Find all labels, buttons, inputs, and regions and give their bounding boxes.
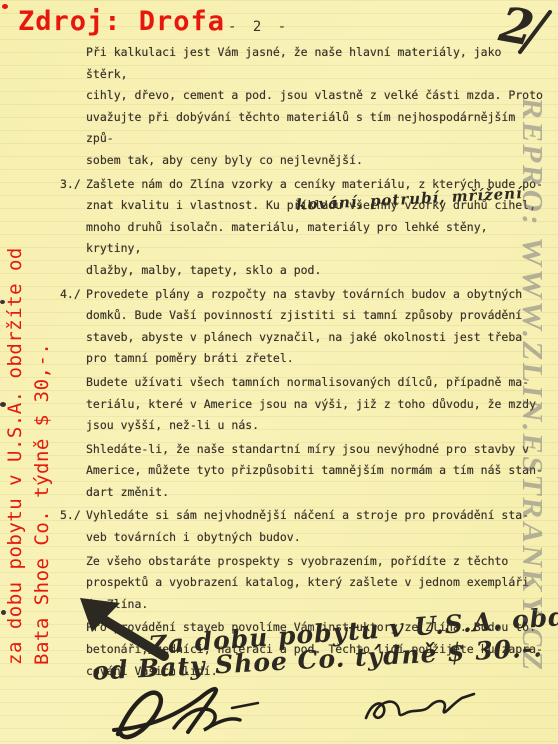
paragraph-text: Vyhledáte si sám nejvhodnější náčení a s…	[86, 505, 529, 548]
signature-right-stroke	[366, 694, 474, 718]
paragraph-text: Provedete plány a rozpočty na stavby tov…	[86, 284, 522, 370]
paragraph-item-4: 4./ Provedete plány a rozpočty na stavby…	[60, 284, 546, 370]
paragraph-text: Shledáte-li, že naše standartní míry jso…	[86, 439, 543, 504]
paragraph-number	[60, 372, 86, 437]
paragraph-item-5: 5./ Vyhledáte si sám nejvhodnější náčení…	[60, 505, 546, 548]
margin-note-line1: za dobu pobytu v U.S.A. obdržíte od	[2, 95, 29, 665]
source-label: Zdroj: Drofa	[18, 6, 225, 37]
paragraph-number: 3./	[60, 174, 86, 282]
signature-right	[362, 690, 482, 732]
scan-speck	[1, 610, 6, 615]
margin-note-red: za dobu pobytu v U.S.A. obdržíte od Bata…	[2, 95, 58, 665]
scan-speck	[0, 300, 5, 304]
page-number: - 2 -	[228, 19, 290, 35]
paragraph-item-4-cont-2: Shledáte-li, že naše standartní míry jso…	[60, 439, 546, 504]
margin-note-line2: Bata Shoe Co. týdně $ 30,-.	[29, 95, 56, 665]
paragraph-text: Při kalkulaci jest Vám jasné, že naše hl…	[86, 42, 546, 172]
paragraph-item-4-cont-1: Budete užívati všech tamních normalisova…	[60, 372, 546, 437]
scan-speck	[0, 402, 6, 407]
signature-left	[112, 682, 282, 744]
paragraph-number: 5./	[60, 505, 86, 548]
paragraph-number: 4./	[60, 284, 86, 370]
paragraph-continuation: Při kalkulaci jest Vám jasné, že naše hl…	[60, 42, 546, 172]
document-body: Při kalkulaci jest Vám jasné, že naše hl…	[60, 42, 546, 684]
repro-watermark: REPRO: WWW.ZLIN.ESTRANKY.CZ	[508, 95, 548, 641]
paragraph-number	[60, 439, 86, 504]
scan-speck	[2, 4, 8, 9]
scanned-document-page: Zdroj: Drofa - 2 - 2 za dobu pobytu v U.…	[0, 0, 558, 744]
paragraph-text: Budete užívati všech tamních normalisova…	[86, 372, 536, 437]
paragraph-number	[60, 42, 86, 172]
